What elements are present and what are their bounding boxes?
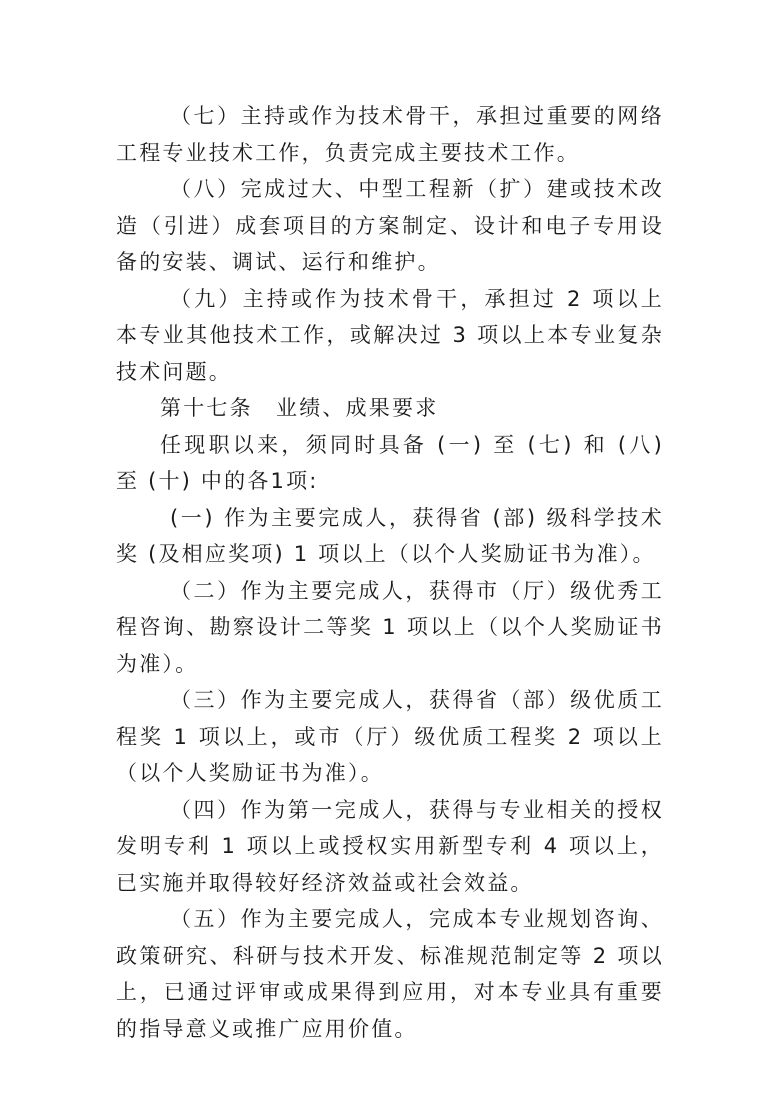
requirement-item-5: （五）作为主要完成人，完成本专业规划咨询、政策研究、科研与技术开发、标准规范制定… [116, 901, 664, 1047]
requirement-item-1: (一) 作为主要完成人，获得省 (部) 级科学技术奖 (及相应奖项) 1 项以上… [116, 500, 664, 573]
requirement-item-4: （四）作为第一完成人，获得与专业相关的授权发明专利 1 项以上或授权实用新型专利… [116, 792, 664, 902]
paragraph-item-8: （八）完成过大、中型工程新（扩）建或技术改造（引进）成套项目的方案制定、设计和电… [116, 171, 664, 281]
article-heading: 第十七条 业绩、成果要求 [116, 390, 664, 427]
requirement-item-3: （三）作为主要完成人，获得省（部）级优质工程奖 1 项以上，或市（厅）级优质工程… [116, 682, 664, 792]
requirement-item-2: （二）作为主要完成人，获得市（厅）级优秀工程咨询、勘察设计二等奖 1 项以上（以… [116, 573, 664, 683]
paragraph-item-9: （九）主持或作为技术骨干，承担过 2 项以上本专业其他技术工作，或解决过 3 项… [116, 281, 664, 391]
paragraph-item-7: （七）主持或作为技术骨干，承担过重要的网络工程专业技术工作，负责完成主要技术工作… [116, 98, 664, 171]
requirements-intro: 任现职以来，须同时具备 (一) 至 (七) 和 (八) 至 (十) 中的各1项: [116, 427, 664, 500]
document-page: （七）主持或作为技术骨干，承担过重要的网络工程专业技术工作，负责完成主要技术工作… [116, 98, 664, 1047]
